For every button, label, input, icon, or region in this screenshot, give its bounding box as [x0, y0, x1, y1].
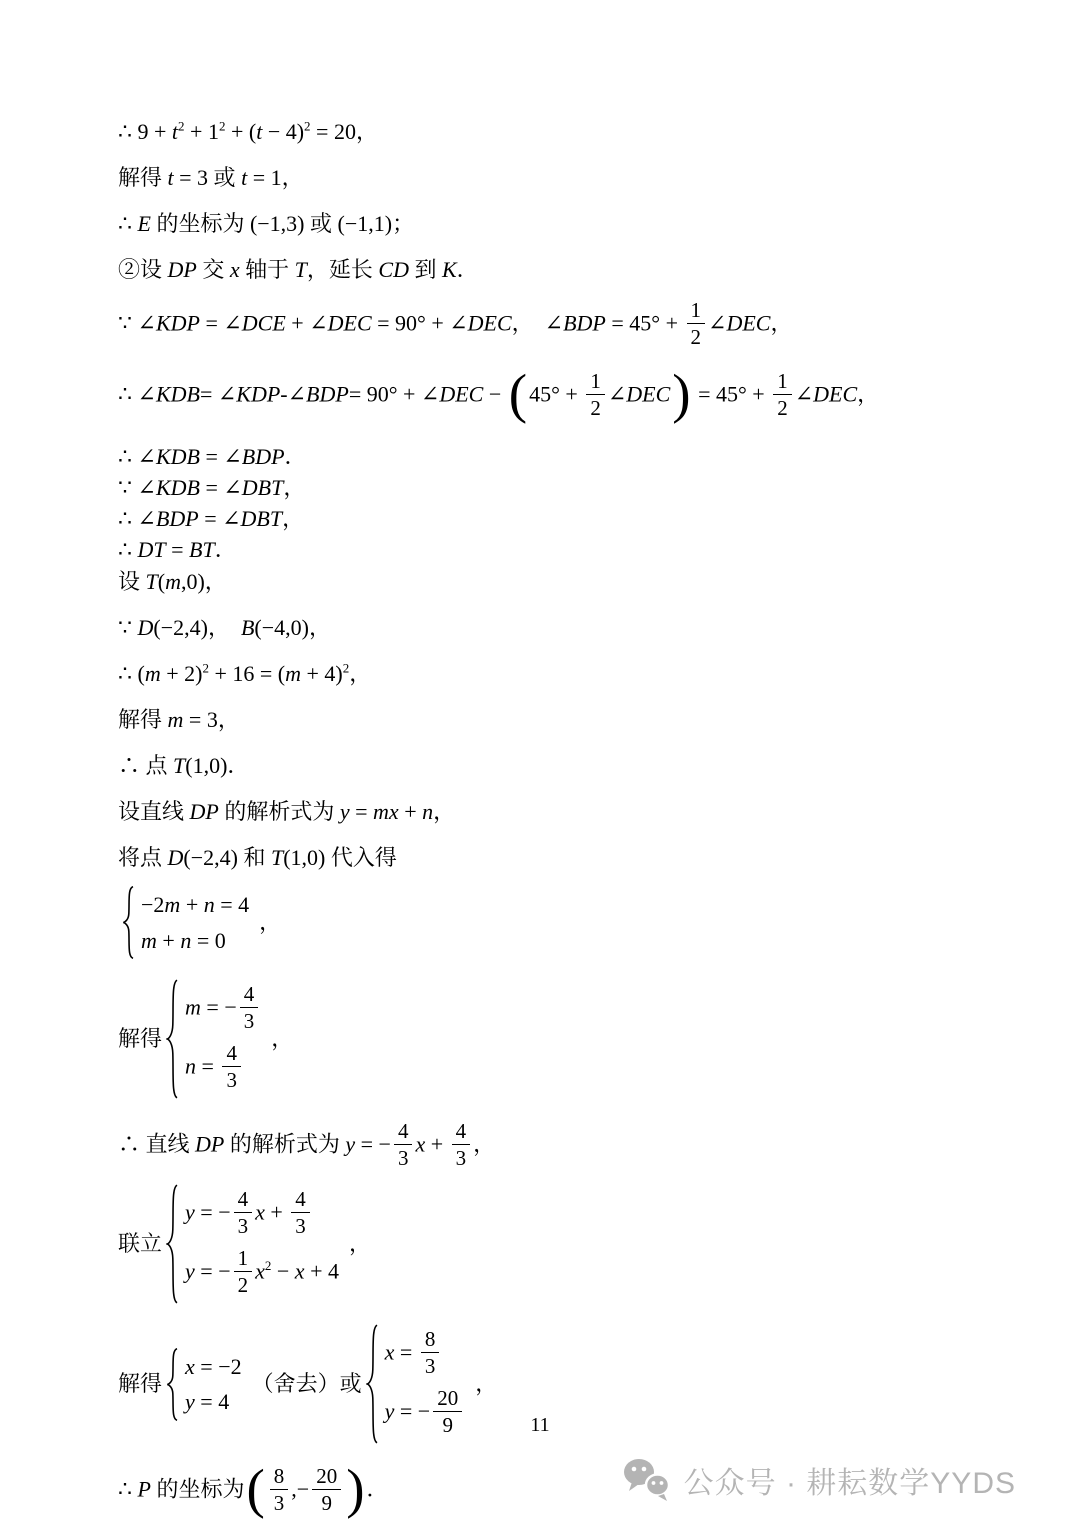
- text-run: ， ∠: [512, 311, 563, 336]
- math-variable: y: [185, 1259, 195, 1284]
- text-run: 的坐标为: [151, 1477, 245, 1502]
- text-run: ，: [349, 661, 371, 686]
- fraction: 209: [312, 1464, 341, 1515]
- math-variable: n: [185, 1054, 196, 1079]
- denominator: 2: [234, 1272, 253, 1297]
- system-row: y = 4: [185, 1388, 229, 1416]
- text-run: 交: [197, 257, 230, 282]
- fraction: 43: [240, 982, 259, 1033]
- system-row: −2m + n = 4: [141, 891, 249, 919]
- math-variable: T: [173, 753, 185, 778]
- math-content: ∴ 9 + t2 + 12 + (t − 4)2 = 20，解得 t = 3 或…: [118, 116, 1020, 1527]
- math-variable: D: [138, 615, 154, 640]
- text-run: ∵ ∠: [118, 311, 156, 336]
- page-number: 11: [0, 1414, 1080, 1437]
- left-paren: (: [246, 1458, 264, 1519]
- math-variable: CD: [378, 257, 409, 282]
- text-run: ．: [215, 537, 237, 562]
- footer-watermark: 公众号 · 耕耘数学YYDS: [622, 1458, 1016, 1502]
- math-variable: y: [345, 1132, 355, 1157]
- numerator: 4: [291, 1187, 310, 1213]
- right-paren: ): [346, 1458, 364, 1519]
- text-run: ，: [283, 475, 305, 500]
- math-variable: y: [185, 1200, 195, 1225]
- content-line: ∵ D(−2,4)， B(−4,0)，: [118, 612, 1020, 644]
- text-run: ，: [282, 506, 304, 531]
- text-run: ，: [770, 311, 792, 336]
- text-run: = −2: [195, 1354, 242, 1379]
- text-run: = 20，: [311, 119, 378, 144]
- denominator: 3: [421, 1353, 440, 1378]
- equation-system: x = −2y = 4: [166, 1348, 244, 1421]
- text-run: =: [394, 1340, 417, 1365]
- fraction: 43: [234, 1187, 253, 1238]
- math-variable: DEC: [439, 382, 483, 407]
- text-run: = 3 或: [174, 165, 241, 190]
- fraction: 43: [452, 1119, 471, 1170]
- content-line: −2m + n = 4m + n = 0，: [118, 888, 1020, 961]
- system-row: m = −43: [185, 984, 261, 1035]
- left-paren: (: [509, 363, 527, 424]
- content-line: ∴ ∠BDP = ∠DBT，: [118, 504, 1020, 534]
- text-run: ∴ (: [118, 661, 145, 686]
- text-run: 的坐标为 (−1,3) 或 (−1,1)；: [151, 211, 414, 236]
- text-run: (−2,4) 和: [183, 845, 271, 870]
- text-run: ，: [857, 382, 879, 407]
- system-rows: y = −43x + 43y = −12x2 − x + 4: [183, 1184, 341, 1304]
- math-variable: m: [141, 928, 157, 953]
- math-variable: P: [138, 1477, 151, 1502]
- math-variable: BDP: [242, 444, 285, 469]
- math-variable: BDP: [563, 311, 606, 336]
- text-run: (: [158, 569, 165, 594]
- text-run: 设: [118, 569, 146, 594]
- content-line: ∴ 9 + t2 + 12 + (t − 4)2 = 20，: [118, 116, 1020, 148]
- text-run: ．: [285, 444, 307, 469]
- denominator: 3: [270, 1490, 289, 1515]
- numerator: 8: [270, 1464, 289, 1490]
- content-line: 解得m = −43n = 43，: [118, 981, 1020, 1101]
- equation-system: −2m + n = 4m + n = 0: [122, 886, 251, 959]
- text-run: ∴: [118, 211, 138, 236]
- text-run: ∠: [708, 311, 726, 336]
- content-line: ∴ 直线 DP 的解析式为 y = −43x + 43，: [118, 1121, 1020, 1172]
- math-variable: DBT: [242, 475, 284, 500]
- math-variable: B: [241, 615, 254, 640]
- text-run: ∴ 直线: [118, 1132, 195, 1157]
- math-variable: m: [164, 892, 180, 917]
- math-variable: DP: [190, 799, 219, 824]
- denominator: 9: [317, 1490, 336, 1515]
- text-run: 轴于: [240, 257, 295, 282]
- content-line: ∵ ∠KDB = ∠DBT，: [118, 473, 1020, 503]
- math-variable: KDB: [156, 444, 200, 469]
- system-rows: −2m + n = 4m + n = 0: [139, 886, 251, 959]
- text-run: 的解析式为: [224, 1132, 345, 1157]
- text-run: = 45° +: [693, 382, 771, 407]
- text-run: + 1: [185, 119, 219, 144]
- text-run: (1,0)．: [185, 753, 249, 778]
- text-run: = −: [195, 1259, 231, 1284]
- text-run: = −: [201, 995, 237, 1020]
- math-variable: m: [145, 661, 161, 686]
- text-run: ∠: [608, 382, 626, 407]
- text-run: − 4): [262, 119, 304, 144]
- text-run: =: [196, 1054, 219, 1079]
- text-run: +: [425, 1132, 448, 1157]
- math-variable: DP: [195, 1132, 224, 1157]
- system-rows: m = −43n = 43: [183, 979, 263, 1099]
- math-variable: m: [285, 661, 301, 686]
- text-run: ∠: [795, 382, 813, 407]
- denominator: 3: [222, 1067, 241, 1092]
- text-run: 解得: [118, 165, 168, 190]
- text-run: +: [399, 799, 422, 824]
- math-variable: DEC: [726, 311, 770, 336]
- fraction: 43: [291, 1187, 310, 1238]
- text-run: = ∠: [200, 311, 242, 336]
- content-line: 解得 t = 3 或 t = 1，: [118, 162, 1020, 194]
- math-variable: D: [168, 845, 184, 870]
- content-line: ∴ ∠KDB = ∠BDP．: [118, 442, 1020, 472]
- text-run: = 4: [215, 892, 249, 917]
- math-variable: KDP: [156, 311, 200, 336]
- system-rows: x = −2y = 4: [183, 1348, 244, 1421]
- math-variable: x: [295, 1259, 305, 1284]
- numerator: 20: [433, 1386, 462, 1412]
- math-variable: y: [185, 1389, 195, 1414]
- numerator: 1: [773, 369, 792, 395]
- text-run: ∵ ∠: [118, 475, 156, 500]
- numerator: 1: [586, 369, 605, 395]
- brace-icon: [166, 1348, 179, 1421]
- text-run: 45° +: [529, 382, 583, 407]
- text-run: =: [166, 537, 189, 562]
- math-variable: x: [230, 257, 240, 282]
- content-line: ∴ 点 T(1,0)．: [118, 750, 1020, 782]
- math-variable: KDP: [236, 382, 280, 407]
- content-line: ②设 DP 交 x 轴于 T，延长 CD 到 K．: [118, 254, 1020, 286]
- text-run: （舍去）或: [252, 1371, 362, 1396]
- denominator: 3: [240, 1008, 259, 1033]
- text-run: +: [265, 1200, 288, 1225]
- math-variable: K: [442, 257, 457, 282]
- text-run: −: [271, 1259, 294, 1284]
- text-run: −2: [141, 892, 164, 917]
- text-run: ，: [473, 1132, 495, 1157]
- text-run: + 2): [161, 661, 203, 686]
- math-variable: DBT: [241, 506, 283, 531]
- denominator: 2: [687, 324, 706, 349]
- text-run: ．: [367, 1477, 389, 1502]
- text-run: = 90° + ∠: [349, 382, 440, 407]
- system-row: n = 43: [185, 1043, 244, 1094]
- text-run: 设直线: [118, 799, 190, 824]
- math-variable: x: [185, 1354, 195, 1379]
- content-line: ∴ E 的坐标为 (−1,3) 或 (−1,1)；: [118, 208, 1020, 240]
- text-run: = 3，: [183, 707, 239, 732]
- text-run: (1,0) 代入得: [283, 845, 397, 870]
- numerator: 4: [234, 1187, 253, 1213]
- denominator: 3: [394, 1145, 413, 1170]
- text-run: 解得: [118, 707, 168, 732]
- text-run: 将点: [118, 845, 168, 870]
- math-variable: E: [138, 211, 151, 236]
- math-variable: DT: [138, 537, 166, 562]
- numerator: 1: [234, 1246, 253, 1272]
- content-line: 设 T(m,0)，: [118, 566, 1020, 598]
- math-variable: BDP: [156, 506, 199, 531]
- text-run: −: [483, 382, 506, 407]
- equation-system: m = −43n = 43: [166, 979, 263, 1099]
- math-variable: n: [422, 799, 433, 824]
- numerator: 20: [312, 1464, 341, 1490]
- text-run: + 16 = (: [209, 661, 285, 686]
- text-run: ∴: [118, 1477, 138, 1502]
- text-run: = −: [355, 1132, 391, 1157]
- text-run: +: [157, 928, 180, 953]
- numerator: 4: [240, 982, 259, 1008]
- text-run: ,0)，: [181, 569, 227, 594]
- text-run: = 45° +: [606, 311, 684, 336]
- fraction: 43: [394, 1119, 413, 1170]
- text-run: 解得: [118, 1371, 162, 1396]
- content-line: 设直线 DP 的解析式为 y = mx + n，: [118, 796, 1020, 828]
- content-line: ∴ (m + 2)2 + 16 = (m + 4)2，: [118, 658, 1020, 690]
- numerator: 1: [687, 298, 706, 324]
- math-variable: T: [271, 845, 283, 870]
- system-row: x = 83: [385, 1329, 443, 1380]
- text-run: -∠: [280, 382, 306, 407]
- fraction: 12: [586, 369, 605, 420]
- text-run: ，: [259, 910, 281, 935]
- math-variable: x: [385, 1340, 395, 1365]
- system-row: y = −12x2 − x + 4: [185, 1248, 339, 1299]
- text-run: 的解析式为: [219, 799, 340, 824]
- text-run: ，延长: [307, 257, 379, 282]
- math-variable: DCE: [242, 311, 286, 336]
- text-run: ②设: [118, 257, 168, 282]
- text-run: = −: [195, 1200, 231, 1225]
- text-run: ，: [433, 799, 455, 824]
- fraction: 12: [773, 369, 792, 420]
- text-run: = 4: [195, 1389, 229, 1414]
- math-variable: n: [180, 928, 191, 953]
- math-variable: T: [146, 569, 158, 594]
- math-variable: T: [295, 257, 307, 282]
- brace-icon: [122, 886, 135, 959]
- content-line: ∴ ∠KDB= ∠KDP-∠BDP= 90° + ∠DEC − (45° + 1…: [118, 371, 1020, 422]
- text-run: ,−: [291, 1477, 309, 1502]
- fraction: 43: [222, 1041, 241, 1092]
- footer-brand-text: 公众号 · 耕耘数学YYDS: [684, 1458, 1016, 1502]
- text-run: + (: [225, 119, 256, 144]
- content-line: 将点 D(−2,4) 和 T(1,0) 代入得: [118, 842, 1020, 874]
- math-variable: DEC: [328, 311, 372, 336]
- text-run: ∴ ∠: [118, 506, 156, 531]
- text-run: ．: [457, 257, 479, 282]
- system-row: x = −2: [185, 1353, 242, 1381]
- math-variable: DP: [168, 257, 197, 282]
- text-run: 解得: [118, 1026, 162, 1051]
- denominator: 3: [452, 1145, 471, 1170]
- text-run: = ∠: [199, 506, 241, 531]
- denominator: 2: [586, 395, 605, 420]
- math-variable: m: [168, 707, 184, 732]
- fraction: 12: [687, 298, 706, 349]
- math-variable: n: [204, 892, 215, 917]
- content-line: 解得 m = 3，: [118, 704, 1020, 736]
- math-variable: x: [255, 1259, 265, 1284]
- math-variable: BT: [189, 537, 215, 562]
- math-variable: BDP: [306, 382, 349, 407]
- equation-system: y = −43x + 43y = −12x2 − x + 4: [166, 1184, 341, 1304]
- numerator: 4: [452, 1119, 471, 1145]
- fraction: 83: [421, 1327, 440, 1378]
- text-run: = 90° + ∠: [372, 311, 468, 336]
- content-line: ∴ DT = BT．: [118, 535, 1020, 565]
- math-variable: KDB: [156, 382, 200, 407]
- math-variable: DEC: [813, 382, 857, 407]
- text-run: =: [350, 799, 373, 824]
- fraction: 12: [234, 1246, 253, 1297]
- text-run: ，: [271, 1026, 293, 1051]
- fraction: 83: [270, 1464, 289, 1515]
- denominator: 3: [234, 1213, 253, 1238]
- numerator: 4: [222, 1041, 241, 1067]
- text-run: +: [180, 892, 203, 917]
- math-variable: m: [165, 569, 181, 594]
- brace-icon: [166, 1184, 179, 1304]
- text-run: = 0: [191, 928, 225, 953]
- text-run: = ∠: [200, 444, 242, 469]
- text-run: + 4): [301, 661, 343, 686]
- math-variable: y: [340, 799, 350, 824]
- text-run: + 4: [305, 1259, 339, 1284]
- text-run: = ∠: [200, 475, 242, 500]
- text-run: ∴ ∠: [118, 444, 156, 469]
- text-run: ∴ ∠: [118, 382, 156, 407]
- math-variable: m: [185, 995, 201, 1020]
- document-page: ∴ 9 + t2 + 12 + (t − 4)2 = 20，解得 t = 3 或…: [0, 0, 1080, 1527]
- text-run: 到: [409, 257, 442, 282]
- numerator: 4: [394, 1119, 413, 1145]
- denominator: 2: [773, 395, 792, 420]
- text-run: + ∠: [286, 311, 328, 336]
- text-run: ∴ 9 +: [118, 119, 172, 144]
- wechat-icon: [622, 1458, 672, 1502]
- right-paren: ): [672, 363, 690, 424]
- text-run: (−4,0)，: [254, 615, 331, 640]
- math-variable: DEC: [626, 382, 670, 407]
- text-run: ∴: [118, 537, 138, 562]
- text-run: ，: [475, 1371, 497, 1396]
- text-run: ，: [349, 1231, 371, 1256]
- text-run: = 1，: [247, 165, 303, 190]
- numerator: 8: [421, 1327, 440, 1353]
- text-run: = ∠: [200, 382, 236, 407]
- text-run: ∵: [118, 615, 138, 640]
- math-variable: mx: [373, 799, 399, 824]
- text-run: (−2,4)，: [153, 615, 241, 640]
- denominator: 3: [291, 1213, 310, 1238]
- system-row: m + n = 0: [141, 927, 226, 955]
- system-row: y = −43x + 43: [185, 1189, 313, 1240]
- math-variable: KDB: [156, 475, 200, 500]
- math-variable: DEC: [468, 311, 512, 336]
- math-variable: x: [255, 1200, 265, 1225]
- text-run: ∴ 点: [118, 753, 173, 778]
- text-run: 联立: [118, 1231, 162, 1256]
- content-line: ∵ ∠KDP = ∠DCE + ∠DEC = 90° + ∠DEC， ∠BDP …: [118, 300, 1020, 351]
- brace-icon: [166, 979, 179, 1099]
- content-line: 联立y = −43x + 43y = −12x2 − x + 4，: [118, 1186, 1020, 1306]
- math-variable: x: [415, 1132, 425, 1157]
